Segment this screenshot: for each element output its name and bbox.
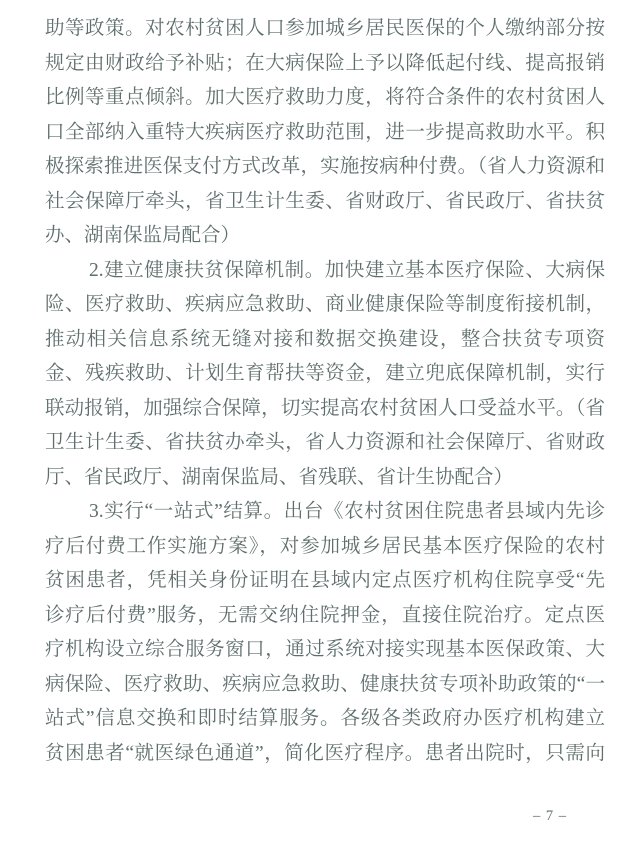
text-line: 险、医疗救助、疾病应急救助、商业健康保险等制度衔接机制， [45,288,605,323]
text-line: 比例等重点倾斜。加大医疗救助力度，将符合条件的农村贫困人 [45,81,605,116]
text-line: 疗机构设立综合服务窗口，通过系统对接实现基本医保政策、大 [45,633,605,668]
text-line: 口全部纳入重特大疾病医疗救助范围，进一步提高救助水平。积 [45,116,605,151]
text-line: 厅、省民政厅、湖南保监局、省残联、省计生协配合） [45,461,605,496]
text-line: 极探索推进医保支付方式改革，实施按病种付费。（省人力资源和 [45,150,605,185]
text-line: 贫困患者，凭相关身份证明在县域内定点医疗机构住院享受“先 [45,564,605,599]
text-line: 3.实行“一站式”结算。出台《农村贫困住院患者县域内先诊 [45,495,605,530]
text-line: 疗后付费工作实施方案》，对参加城乡居民基本医疗保险的农村 [45,530,605,565]
document-page: 助等政策。对农村贫困人口参加城乡居民医保的个人缴纳部分按规定由财政给予补贴；在大… [0,0,632,854]
text-line: 社会保障厅牵头，省卫生计生委、省财政厅、省民政厅、省扶贫 [45,185,605,220]
text-line: 联动报销，加强综合保障，切实提高农村贫困人口受益水平。（省 [45,392,605,427]
text-line: 金、残疾救助、计划生育帮扶等资金，建立兜底保障机制，实行 [45,357,605,392]
text-line: 办、湖南保监局配合） [45,219,605,254]
text-line: 助等政策。对农村贫困人口参加城乡居民医保的个人缴纳部分按 [45,12,605,47]
text-line: 2.建立健康扶贫保障机制。加快建立基本医疗保险、大病保 [45,254,605,289]
text-line: 推动相关信息系统无缝对接和数据交换建设，整合扶贫专项资 [45,323,605,358]
page-number: – 7 – [505,807,595,825]
text-line: 站式”信息交换和即时结算服务。各级各类政府办医疗机构建立 [45,702,605,737]
document-body: 助等政策。对农村贫困人口参加城乡居民医保的个人缴纳部分按规定由财政给予补贴；在大… [45,12,605,771]
text-line: 诊疗后付费”服务，无需交纳住院押金，直接住院治疗。定点医 [45,599,605,634]
text-line: 贫困患者“就医绿色通道”，简化医疗程序。患者出院时，只需向 [45,737,605,772]
text-line: 病保险、医疗救助、疾病应急救助、健康扶贫专项补助政策的“一 [45,668,605,703]
text-line: 卫生计生委、省扶贫办牵头，省人力资源和社会保障厅、省财政 [45,426,605,461]
text-line: 规定由财政给予补贴；在大病保险上予以降低起付线、提高报销 [45,47,605,82]
